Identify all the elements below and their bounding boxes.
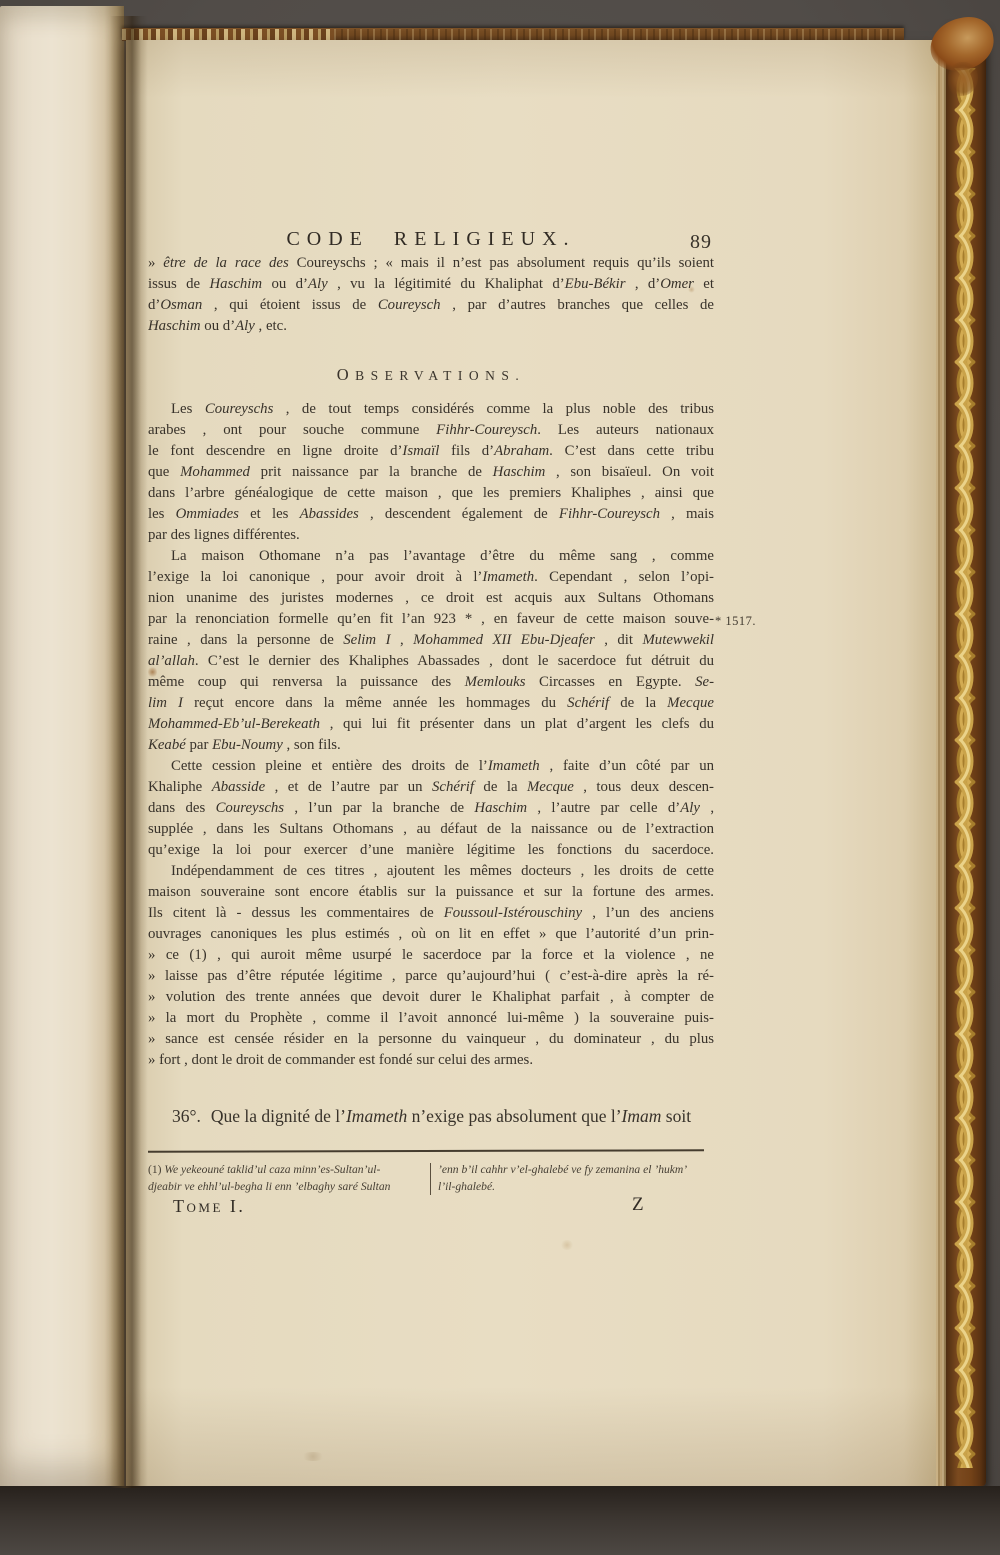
page-title: CODE RELIGIEUX.	[148, 229, 714, 250]
book-photograph: { "colors": { "backdrop": "#59544f", "pa…	[0, 0, 1000, 1555]
footnote-right-column: ’enn b’il cahhr v’el-ghalebé ve fy zeman…	[438, 1162, 714, 1195]
text-line: Mohammed-Eb’ul-Berekeath , qui lui fit p…	[148, 714, 714, 735]
gilt-rope-pattern	[951, 68, 979, 1468]
text-line: lim I reçut encore dans la même année le…	[148, 693, 714, 714]
text-line: Les Coureyschs , de tout temps considéré…	[148, 399, 714, 420]
section-heading: OBSERVATIONS.	[148, 364, 714, 386]
text-line: issus de Haschim ou d’Aly , vu la légiti…	[148, 274, 714, 295]
text-line: supplée , dans les Sultans Othomans , au…	[148, 819, 714, 840]
text-line: Keabé par Ebu-Noumy , son fils.	[148, 735, 714, 756]
text-line: Cette cession pleine et entière des droi…	[148, 756, 714, 777]
text-line: dans l’arbre généalogique de cette maiso…	[148, 483, 714, 504]
facing-page	[0, 6, 124, 1492]
text-line: Haschim ou d’Aly , etc.	[148, 316, 714, 337]
text-line: l’il-ghalebé.	[438, 1179, 714, 1196]
margin-note-date: * 1517.	[715, 611, 785, 632]
page-number: 89	[690, 232, 712, 253]
text-line: Indépendamment de ces titres , ajoutent …	[148, 861, 714, 882]
leather-cover	[946, 24, 986, 1486]
text-line: Ils citent là - dessus les commentaires …	[148, 903, 714, 924]
text-line: djeabir ve ehhl’ul-begha li enn ’elbaghy…	[148, 1179, 424, 1196]
text-line: d’Osman , qui étoient issus de Coureysch…	[148, 295, 714, 316]
text-line: maison souveraine sont encore établis su…	[148, 882, 714, 903]
text-line: par des lignes différentes.	[148, 525, 714, 546]
paragraphs: Les Coureyschs , de tout temps considéré…	[148, 399, 714, 1071]
text-line: arabes , ont pour souche commune Fihhr-C…	[148, 420, 714, 441]
text-line: » être de la race des Coureyschs ; « mai…	[148, 253, 714, 274]
text-line: ’enn b’il cahhr v’el-ghalebé ve fy zeman…	[438, 1162, 714, 1179]
running-head: CODE RELIGIEUX. 89	[148, 229, 714, 250]
text-line: » volution des trente années que devoit …	[148, 987, 714, 1008]
text-line: Khaliphe Abasside , et de l’autre par un…	[148, 777, 714, 798]
continuation-paragraph: » être de la race des Coureyschs ; « mai…	[148, 253, 714, 337]
footnote-column-divider	[430, 1163, 431, 1195]
volume-signature: Tome I.	[173, 1196, 245, 1217]
text-line: le font descendre en ligne droite d’Isma…	[148, 441, 714, 462]
article-text: Que la dignité de l’Imameth n’exige pas …	[211, 1106, 691, 1126]
text-line: La maison Othomane n’a pas l’avantage d’…	[148, 546, 714, 567]
gilt-rope-border	[951, 68, 979, 1468]
text-line: » sance est censée résider en la personn…	[148, 1029, 714, 1050]
text-line: nion unanime des juristes modernes , ce …	[148, 588, 714, 609]
fore-edge-pages	[936, 36, 946, 1486]
text-line: » fort , dont le droit de commander est …	[148, 1050, 714, 1071]
text-line: » ce (1) , qui auroit même usurpé le sac…	[148, 945, 714, 966]
text-line: même coup qui renversa la puissance des …	[148, 672, 714, 693]
footnote-left-column: (1) We yekeouné taklid’ul caza minn’es-S…	[148, 1162, 424, 1195]
gathering-signature: Z	[632, 1194, 644, 1215]
text-line: qu’exige la loi pour exercer d’une maniè…	[148, 840, 714, 861]
text-line: par la renonciation formelle qu’en fit l…	[148, 609, 714, 630]
text-line: que Mohammed prit naissance par la branc…	[148, 462, 714, 483]
footnote: (1) We yekeouné taklid’ul caza minn’es-S…	[148, 1162, 714, 1195]
article-36: 36°.Que la dignité de l’Imameth n’exige …	[148, 1106, 714, 1127]
text-line: (1) We yekeouné taklid’ul caza minn’es-S…	[148, 1162, 424, 1179]
text-line: al’allah. C’est le dernier des Khaliphes…	[148, 651, 714, 672]
text-line: les Ommiades et les Abassides , descende…	[148, 504, 714, 525]
text-line: l’exige la loi canonique , pour avoir dr…	[148, 567, 714, 588]
text-line: » la mort du Prophète , comme il l’avoit…	[148, 1008, 714, 1029]
text-line: ouvrages canoniques les plus estimés , o…	[148, 924, 714, 945]
gutter-shadow	[110, 16, 148, 1488]
text-line: dans des Coureyschs , l’un par la branch…	[148, 798, 714, 819]
text-line: » laisse pas d’être réputée légitime , p…	[148, 966, 714, 987]
page-text: CODE RELIGIEUX. 89 » être de la race des…	[148, 0, 714, 1555]
text-line: raine , dans la personne de Selim I , Mo…	[148, 630, 714, 651]
article-number: 36°.	[172, 1106, 201, 1126]
footnote-rule	[148, 1149, 704, 1152]
